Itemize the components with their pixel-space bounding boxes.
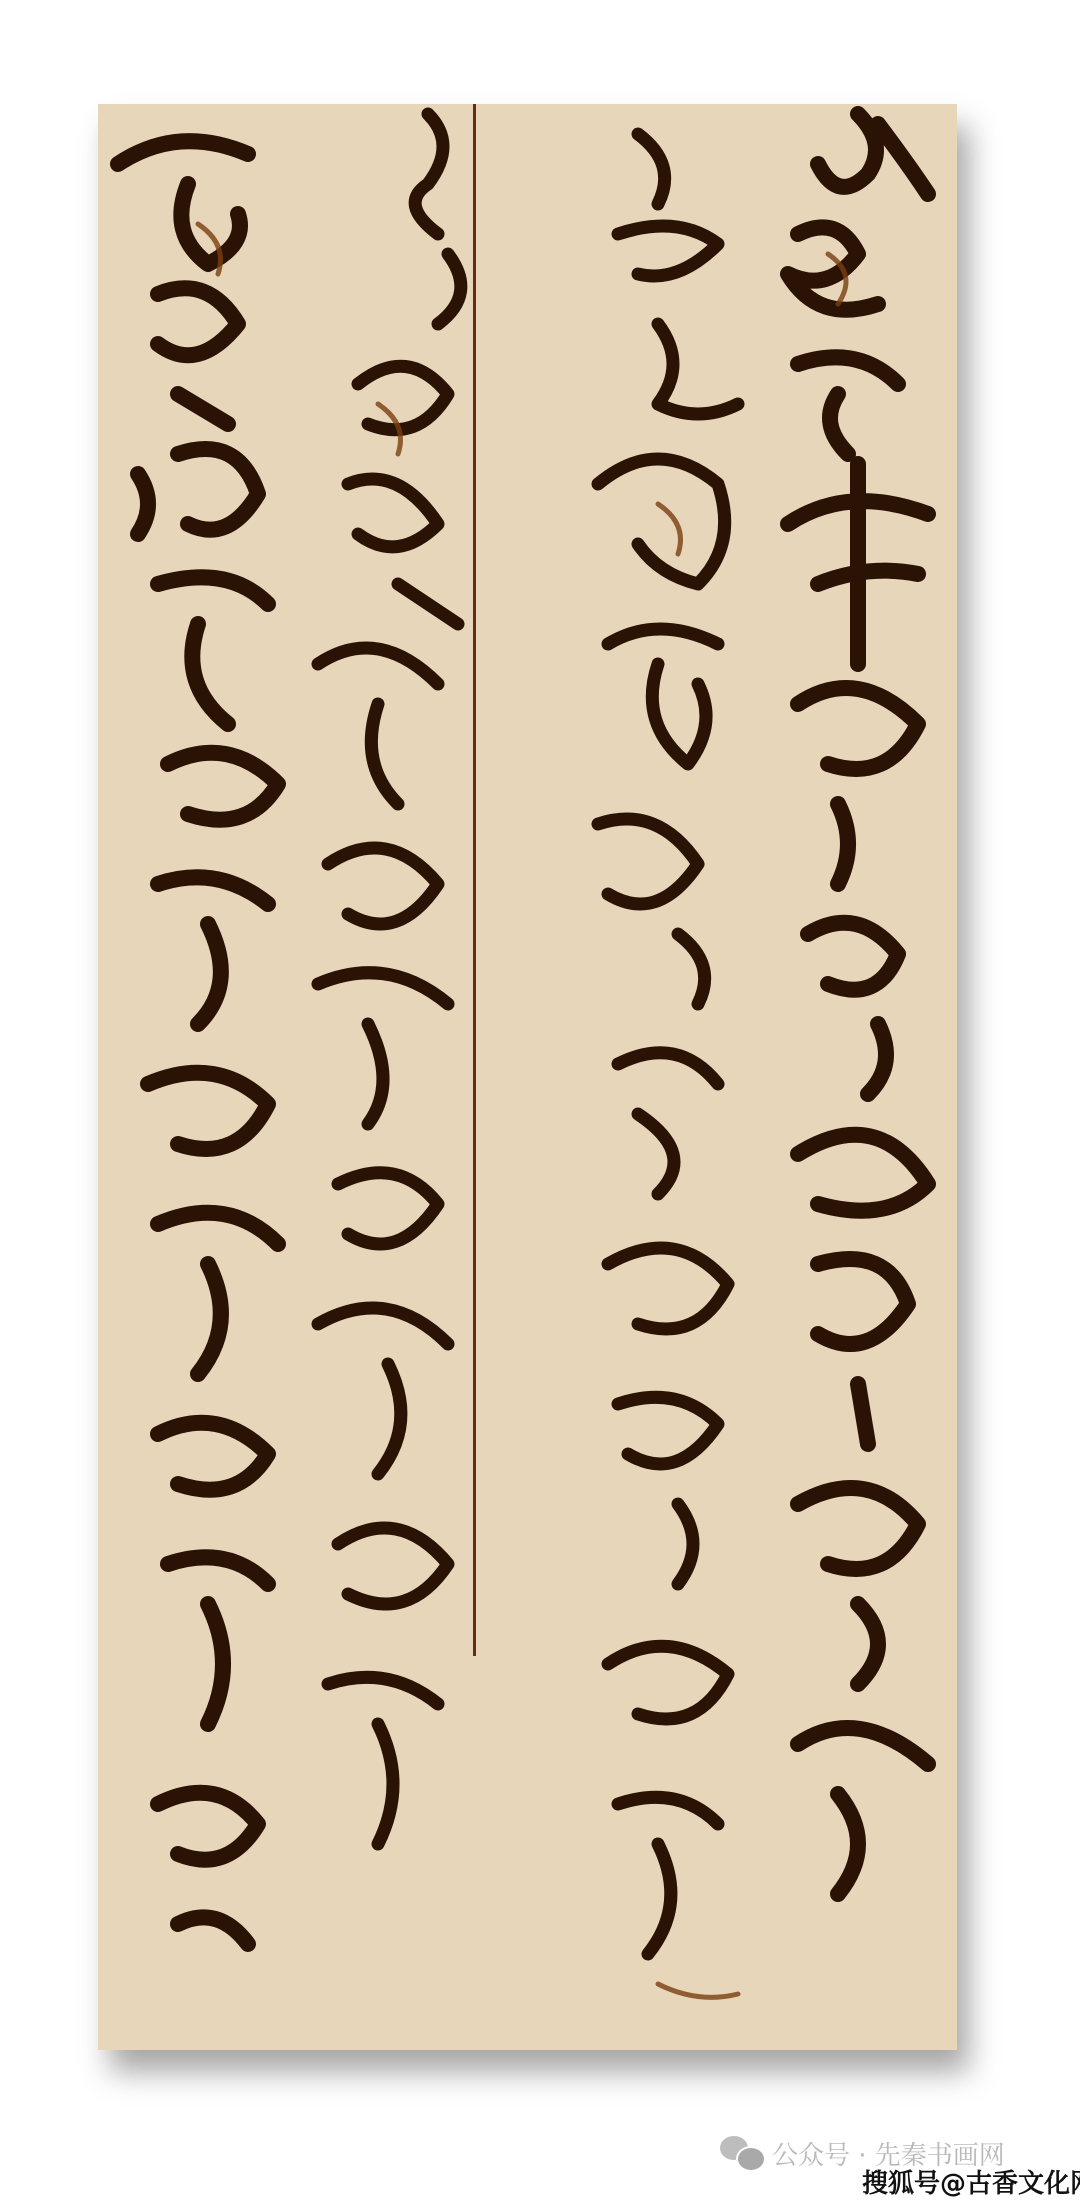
source-watermark: 搜狐号@古香文化网: [862, 2163, 1080, 2200]
wechat-icon: [720, 2136, 764, 2170]
calligraphy-strokes: [98, 104, 957, 2050]
calligraphy-artwork: [98, 104, 957, 2050]
column-divider-line: [473, 104, 476, 1656]
